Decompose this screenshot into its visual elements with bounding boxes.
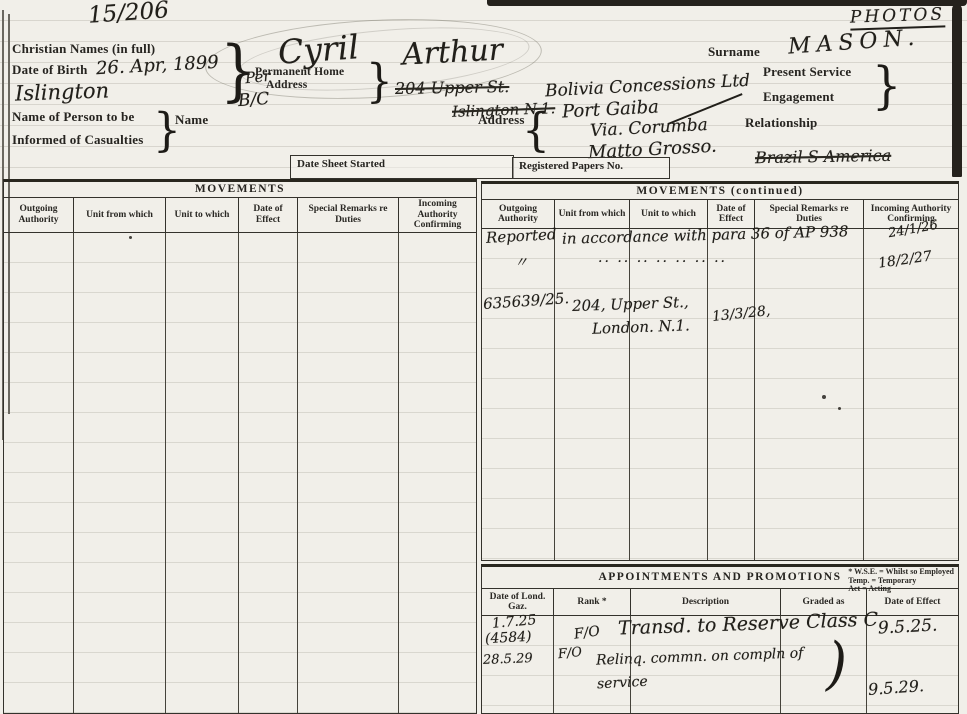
movements-body-col — [482, 229, 555, 560]
movements-body-col — [630, 229, 708, 560]
movements-body-col — [555, 229, 630, 560]
casualties-label-line1: Name of Person to be — [12, 109, 134, 125]
registered-papers-box: Registered Papers No. — [512, 157, 670, 179]
reference-number: 15/206 — [87, 0, 170, 29]
permanent-home-brace: } — [366, 54, 393, 108]
appointment-row1-effect: 9.5.25. — [878, 615, 938, 638]
rank-legend: * W.S.E. = Whilst so Employed Temp. = Te… — [848, 568, 954, 594]
movements-body-col — [399, 233, 476, 714]
movements-header-row: Outgoing Authority Unit from which Unit … — [4, 198, 476, 233]
record-sheet: 15/206 PHOTOS Christian Names (in full) … — [0, 0, 967, 714]
movements-body-col — [166, 233, 239, 714]
service-line5-entry: Brazil S America — [755, 146, 892, 167]
movements-col-unit-to: Unit to which — [630, 200, 708, 228]
appointments-col-description: Description — [631, 589, 781, 615]
christian-name-2-entry: Arthur — [401, 32, 504, 72]
permanent-home-address-label: Address — [266, 79, 307, 91]
movement-row1-outgoing: Reported — [486, 225, 557, 247]
movements-col-date: Date of Effect — [239, 198, 298, 232]
movements-col-unit-to: Unit to which — [166, 198, 239, 232]
appointments-title: APPOINTMENTS AND PROMOTIONS — [598, 571, 841, 583]
appointment-row2-description-2: service — [597, 674, 648, 693]
birthplace-entry: Islington — [15, 78, 110, 105]
movements-continued-body — [482, 229, 958, 560]
movements-body-col — [864, 229, 958, 560]
registered-papers-label: Registered Papers No. — [513, 158, 669, 172]
movements-col-incoming: Incoming Authority Confirming — [399, 198, 476, 232]
nok-address-brace: { — [522, 104, 550, 158]
ink-speck — [129, 236, 132, 239]
date-sheet-started-label: Date Sheet Started — [291, 156, 513, 170]
surname-label: Surname — [708, 44, 760, 60]
movements-col-unit-from: Unit from which — [74, 198, 166, 232]
nok-name-label: Name — [175, 112, 208, 128]
movements-body-col — [239, 233, 298, 714]
scan-edge-right — [952, 4, 962, 177]
movements-continued-title: MOVEMENTS (continued) — [482, 184, 958, 200]
service-brace: } — [872, 55, 901, 114]
movements-col-outgoing: Outgoing Authority — [4, 198, 74, 232]
movements-col-remarks: Special Remarks re Duties — [298, 198, 399, 232]
movements-col-date: Date of Effect — [708, 200, 755, 228]
appointment-row1-gazette-2: (4584) — [485, 629, 532, 647]
appointments-title-row: APPOINTMENTS AND PROMOTIONS * W.S.E. = W… — [482, 567, 958, 589]
legend-act: Act = Acting — [848, 585, 954, 594]
movements-table: MOVEMENTS Outgoing Authority Unit from w… — [3, 179, 477, 714]
old-address-line1-entry: 204 Upper St. — [395, 77, 510, 98]
appointments-col-gazette: Date of Lond. Gaz. — [482, 589, 554, 615]
ink-speck — [838, 407, 841, 410]
appointment-row2-effect: 9.5.29. — [867, 676, 924, 699]
movements-title: MOVEMENTS — [4, 182, 476, 198]
appointment-row2-gazette: 28.5.29 — [483, 651, 533, 668]
movement-row3-unit-from-2: London. N.1. — [592, 316, 690, 337]
appointment-row2-rank: F/O — [557, 645, 582, 662]
movements-body-col — [4, 233, 74, 714]
movements-body — [4, 233, 476, 714]
appointments-col-rank: Rank * — [554, 589, 631, 615]
date-sheet-started-box: Date Sheet Started — [290, 155, 514, 179]
movements-col-unit-from: Unit from which — [555, 200, 630, 228]
movement-row2-outgoing: 〃 — [514, 252, 528, 272]
nok-address-label: Address — [478, 112, 525, 128]
relationship-label: Relationship — [745, 115, 817, 131]
movement-row2-ditto-marks: .. .. .. .. .. .. .. — [598, 250, 727, 266]
christian-names-label: Christian Names (in full) — [12, 41, 155, 57]
date-of-birth-label: Date of Birth — [12, 62, 88, 78]
casualties-label-line2: Informed of Casualties — [12, 132, 144, 148]
movements-body-col — [298, 233, 399, 714]
movements-col-outgoing: Outgoing Authority — [482, 200, 555, 228]
christian-name-1-entry: Cyril — [277, 27, 360, 72]
movements-body-col — [74, 233, 166, 714]
movements-body-col — [708, 229, 755, 560]
movements-body-col — [755, 229, 864, 560]
appointment-row2-brace: ) — [826, 630, 847, 696]
ink-speck — [822, 395, 826, 399]
bc-note: B/C — [237, 89, 270, 111]
present-service-label: Present Service — [763, 64, 851, 80]
engagement-label: Engagement — [763, 89, 834, 105]
